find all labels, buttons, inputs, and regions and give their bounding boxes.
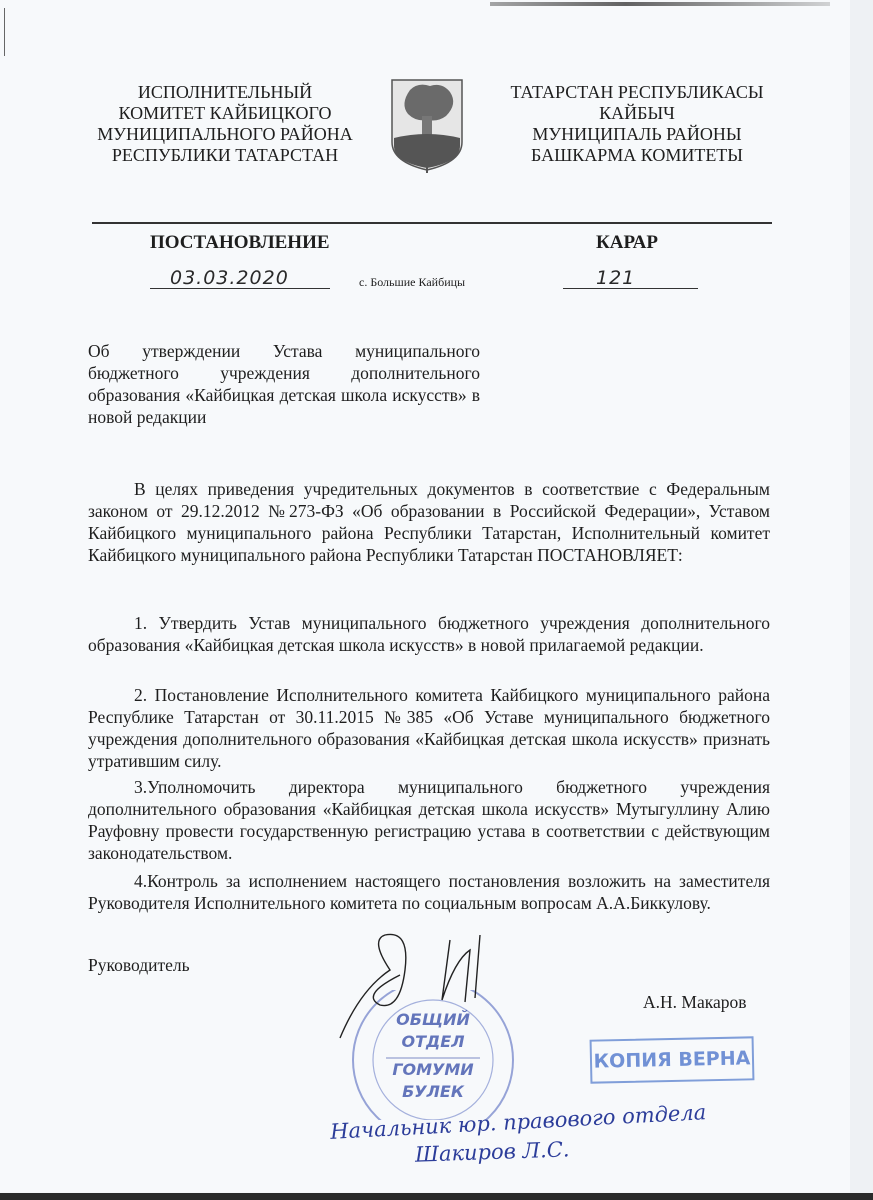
signatory-title: Руководитель [88, 955, 190, 976]
issuer-block-russian: ИСПОЛНИТЕЛЬНЫЙ КОМИТЕТ КАЙБИЦКОГО МУНИЦИ… [80, 82, 370, 166]
preamble-paragraph: В целях приведения учредительных докумен… [88, 478, 770, 566]
clause-1: 1. Утвердить Устав муниципального бюджет… [88, 612, 770, 656]
clause-4: 4.Контроль за исполнением настоящего пос… [88, 870, 770, 914]
document-page: ИСПОЛНИТЕЛЬНЫЙ КОМИТЕТ КАЙБИЦКОГО МУНИЦИ… [0, 0, 850, 1192]
seal-line: ГОМУМИ [348, 1060, 518, 1080]
seal-line: БУЛЕК [348, 1082, 518, 1102]
issuer-line: МУНИЦИПАЛЬ РАЙОНЫ [482, 124, 792, 145]
document-subject: Об утверждении Устава муниципального бюд… [88, 340, 480, 428]
scan-artifact [490, 2, 830, 6]
certified-copy-stamp: КОПИЯ ВЕРНА [590, 1036, 755, 1083]
document-type-tatar: КАРАР [596, 232, 658, 254]
issuer-line: КАЙБЫЧ [482, 103, 792, 124]
signatory-name: А.Н. Макаров [643, 992, 747, 1013]
issuer-line: ИСПОЛНИТЕЛЬНЫЙ [80, 82, 370, 103]
issuer-block-tatar: ТАТАРСТАН РЕСПУБЛИКАСЫ КАЙБЫЧ МУНИЦИПАЛЬ… [482, 82, 792, 166]
issuer-line: БАШКАРМА КОМИТЕТЫ [482, 145, 792, 166]
document-place: с. Большие Кайбицы [359, 275, 465, 290]
coat-of-arms-icon [388, 76, 466, 174]
document-number: 121 [596, 267, 635, 289]
scan-edge [0, 1193, 873, 1200]
scan-margin [850, 0, 873, 1193]
handwritten-signature [330, 930, 530, 1040]
issuer-line: КОМИТЕТ КАЙБИЦКОГО [80, 103, 370, 124]
clause-3: 3.Уполномочить директора муниципального … [88, 776, 770, 864]
issuer-line: РЕСПУБЛИКИ ТАТАРСТАН [80, 145, 370, 166]
issuer-line: МУНИЦИПАЛЬНОГО РАЙОНА [80, 124, 370, 145]
issuer-line: ТАТАРСТАН РЕСПУБЛИКАСЫ [482, 82, 792, 103]
header-divider [92, 222, 772, 224]
document-type-russian: ПОСТАНОВЛЕНИЕ [150, 232, 330, 254]
document-date: 03.03.2020 [170, 267, 289, 289]
scan-artifact [4, 8, 5, 56]
clause-2: 2. Постановление Исполнительного комитет… [88, 684, 770, 772]
certifier-name: Шакиров Л.С. [415, 1137, 570, 1166]
